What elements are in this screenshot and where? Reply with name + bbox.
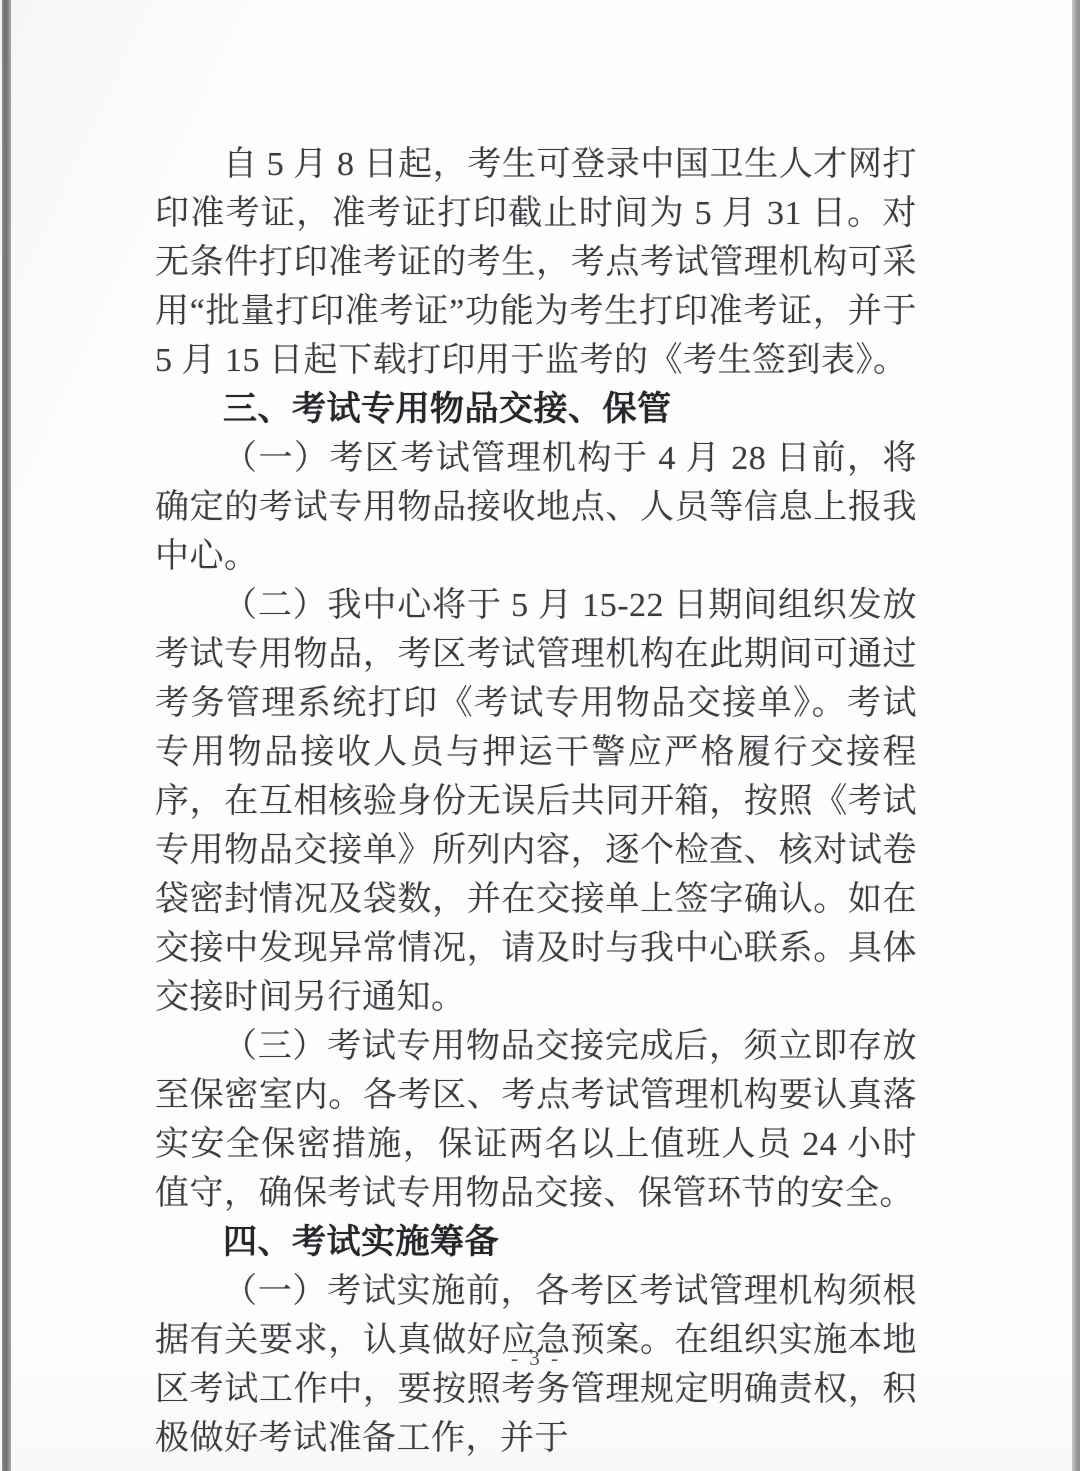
document-sheet: 自 5 月 8 日起，考生可登录中国卫生人才网打印准考证，准考证打印截止时间为 … [155, 140, 917, 1463]
para-admission-ticket-printing: 自 5 月 8 日起，考生可登录中国卫生人才网打印准考证，准考证打印截止时间为 … [155, 140, 917, 385]
para-3-1-report-receiving-info: （一）考区考试管理机构于 4 月 28 日前，将确定的考试专用物品接收地点、人员… [155, 434, 917, 581]
photo-edge-left [2, 0, 11, 1471]
heading-section-4-implementation-prep: 四、考试实施筹备 [155, 1218, 917, 1267]
document-photo: 自 5 月 8 日起，考生可登录中国卫生人才网打印准考证，准考证打印截止时间为 … [0, 0, 1080, 1471]
page-number: - 3 - [155, 1346, 917, 1371]
heading-section-3-handover-storage: 三、考试专用物品交接、保管 [155, 385, 917, 434]
photo-edge-right [1072, 0, 1080, 1471]
para-3-2-distribution-handover-procedure: （二）我中心将于 5 月 15-22 日期间组织发放考试专用物品，考区考试管理机… [155, 581, 917, 1022]
para-3-3-secure-storage: （三）考试专用物品交接完成后，须立即存放至保密室内。各考区、考点考试管理机构要认… [155, 1022, 917, 1218]
